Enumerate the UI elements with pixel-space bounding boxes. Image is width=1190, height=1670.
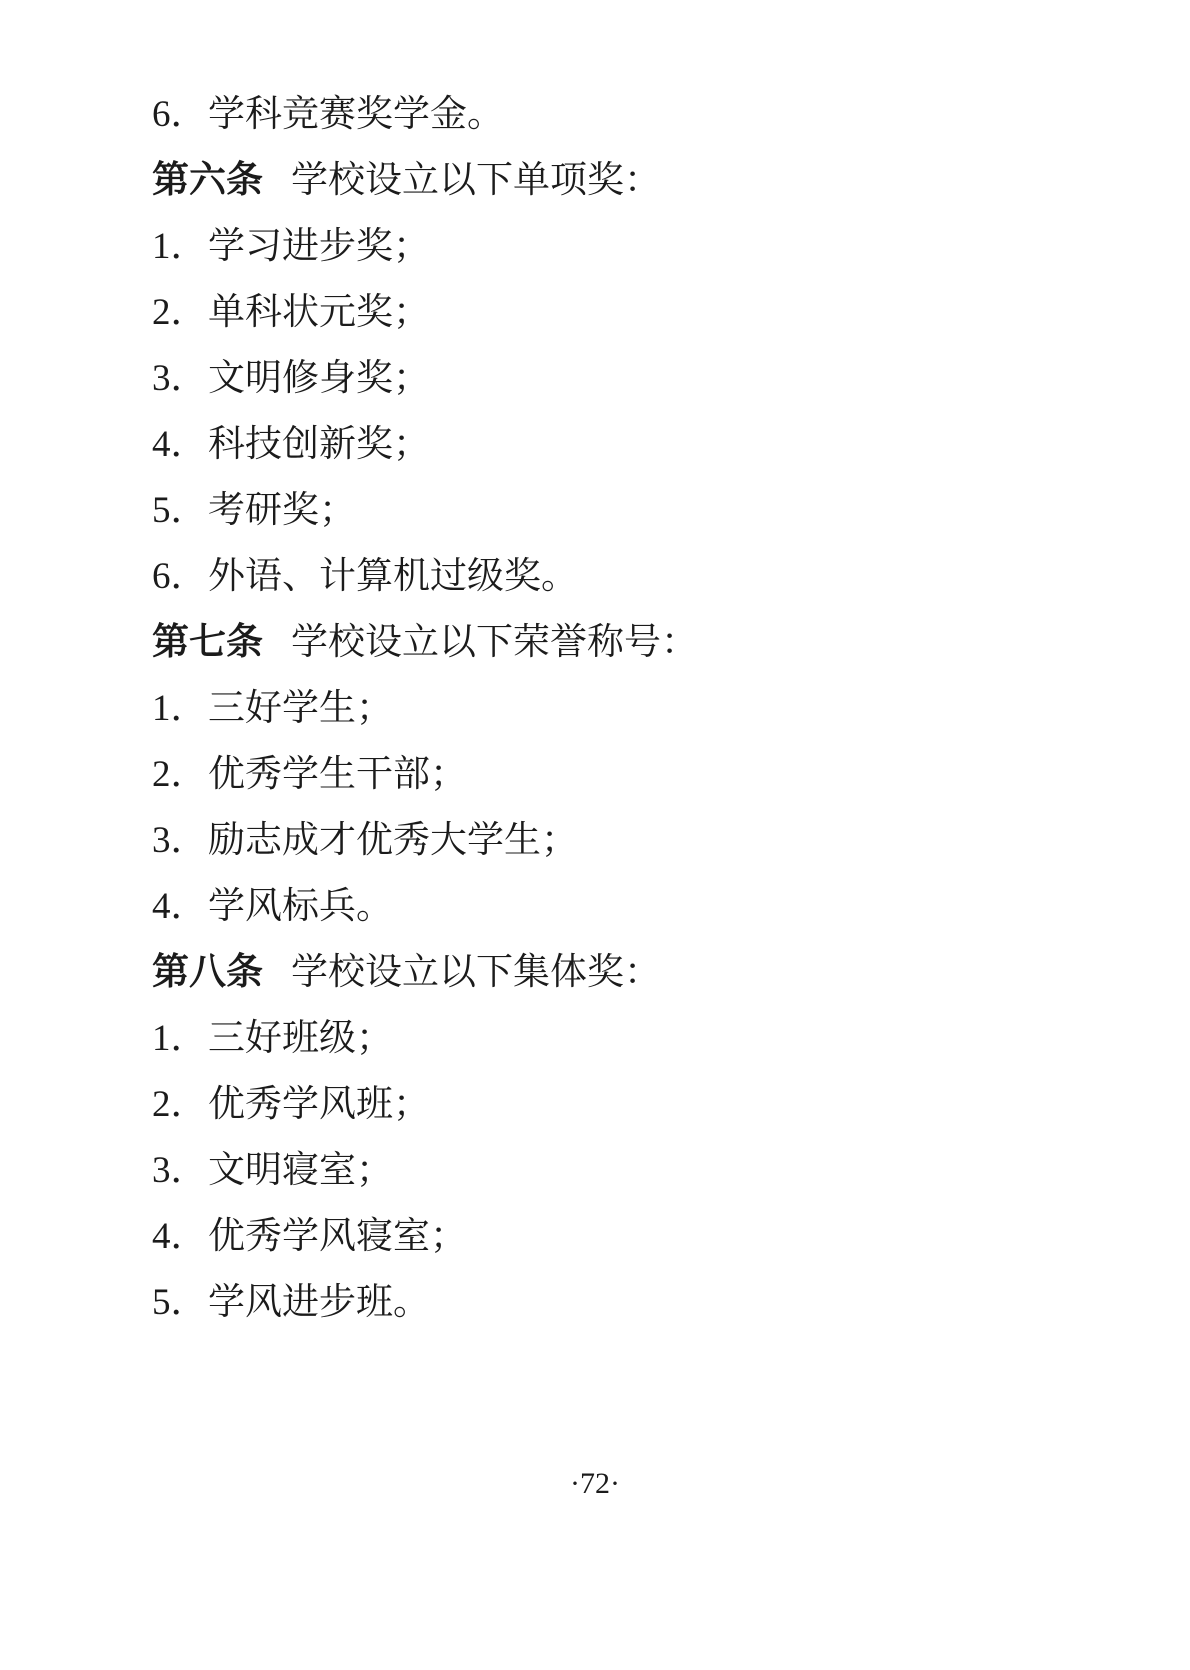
article-heading: 第六条学校设立以下单项奖：: [152, 148, 1130, 214]
item-number: 3．: [152, 808, 208, 874]
list-item: 4．学风标兵。: [152, 874, 1130, 940]
item-text: 单科状元奖；: [208, 292, 430, 333]
item-number: 6．: [152, 544, 208, 610]
item-number: 6．: [152, 82, 208, 148]
article-heading-text: 学校设立以下集体奖：: [291, 952, 661, 993]
item-text: 学风标兵。: [208, 886, 393, 927]
item-number: 1．: [152, 676, 208, 742]
item-number: 2．: [152, 280, 208, 346]
list-item: 3．文明寝室；: [152, 1138, 1130, 1204]
item-text: 优秀学风寝室；: [208, 1216, 467, 1257]
article-heading: 第八条学校设立以下集体奖：: [152, 940, 1130, 1006]
item-number: 2．: [152, 1072, 208, 1138]
list-item: 1．三好班级；: [152, 1006, 1130, 1072]
item-text: 励志成才优秀大学生；: [208, 820, 578, 861]
item-text: 三好班级；: [208, 1018, 393, 1059]
article-heading-text: 学校设立以下单项奖：: [291, 160, 661, 201]
item-text: 优秀学生干部；: [208, 754, 467, 795]
list-item: 1．三好学生；: [152, 676, 1130, 742]
list-item: 3．励志成才优秀大学生；: [152, 808, 1130, 874]
item-text: 外语、计算机过级奖。: [208, 556, 578, 597]
article-number-label: 第八条: [152, 952, 263, 993]
item-number: 1．: [152, 214, 208, 280]
item-number: 3．: [152, 1138, 208, 1204]
item-text: 学风进步班。: [208, 1282, 430, 1323]
article-number-label: 第六条: [152, 160, 263, 201]
list-item: 2．单科状元奖；: [152, 280, 1130, 346]
document-page: 6．学科竞赛奖学金。第六条学校设立以下单项奖：1．学习进步奖；2．单科状元奖；3…: [0, 0, 1190, 1670]
article-heading-text: 学校设立以下荣誉称号：: [291, 622, 698, 663]
list-item: 2．优秀学生干部；: [152, 742, 1130, 808]
list-item: 4．科技创新奖；: [152, 412, 1130, 478]
item-number: 1．: [152, 1006, 208, 1072]
item-text: 学习进步奖；: [208, 226, 430, 267]
item-text: 学科竞赛奖学金。: [208, 94, 504, 135]
item-number: 2．: [152, 742, 208, 808]
document-body: 6．学科竞赛奖学金。第六条学校设立以下单项奖：1．学习进步奖；2．单科状元奖；3…: [152, 82, 1130, 1336]
item-text: 考研奖；: [208, 490, 356, 531]
list-item: 4．优秀学风寝室；: [152, 1204, 1130, 1270]
item-number: 4．: [152, 412, 208, 478]
item-number: 4．: [152, 1204, 208, 1270]
list-item: 6．外语、计算机过级奖。: [152, 544, 1130, 610]
page-number: ·72·: [0, 1462, 1190, 1506]
item-number: 5．: [152, 1270, 208, 1336]
article-number-label: 第七条: [152, 622, 263, 663]
list-item: 3．文明修身奖；: [152, 346, 1130, 412]
list-item: 1．学习进步奖；: [152, 214, 1130, 280]
list-item: 6．学科竞赛奖学金。: [152, 82, 1130, 148]
list-item: 5．学风进步班。: [152, 1270, 1130, 1336]
item-text: 三好学生；: [208, 688, 393, 729]
item-text: 文明寝室；: [208, 1150, 393, 1191]
item-number: 5．: [152, 478, 208, 544]
item-text: 科技创新奖；: [208, 424, 430, 465]
article-heading: 第七条学校设立以下荣誉称号：: [152, 610, 1130, 676]
item-text: 优秀学风班；: [208, 1084, 430, 1125]
item-number: 3．: [152, 346, 208, 412]
item-text: 文明修身奖；: [208, 358, 430, 399]
list-item: 5．考研奖；: [152, 478, 1130, 544]
list-item: 2．优秀学风班；: [152, 1072, 1130, 1138]
item-number: 4．: [152, 874, 208, 940]
